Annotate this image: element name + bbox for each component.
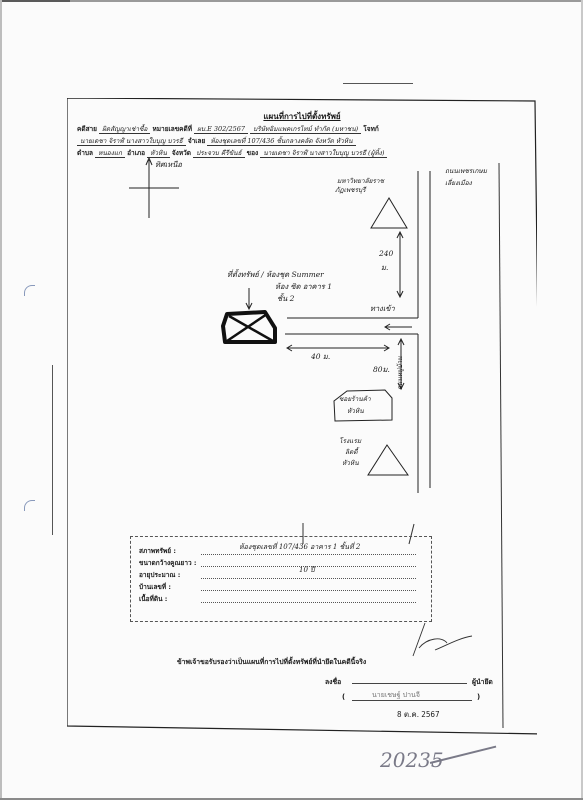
stray-mark — [343, 83, 413, 84]
scan-edge — [0, 0, 583, 2]
sign-date: 8 ต.ค. 2567 — [397, 708, 440, 721]
landmark-bottom-line2: ลิตตี้ — [345, 449, 357, 456]
address-value: ห้องชุดเลขที่ 107/436 ชั้นกลางคลัด จังหว… — [207, 137, 355, 146]
north-label: ทิศเหนือ — [155, 161, 182, 170]
age-label: อายุประมาณ : — [139, 570, 180, 580]
landmark-top-line1: มหาวิทยาลัยราช — [337, 178, 384, 185]
binder-hook-icon — [24, 500, 35, 511]
plaintiff-value: บริษัทอิมแพคเกรไทม์ ทำกัด (มหาชน) — [250, 125, 361, 134]
case-label: คดีสาย — [77, 125, 97, 133]
defendant-label: จำเลย — [188, 137, 205, 145]
land-area-line — [201, 594, 416, 603]
form-title: แผนที่การไปที่ตั้งทรัพย์ — [67, 110, 537, 123]
defendant-value: นายเดชา จิราฬ์ นางสาวใบบุญ บวรธี — [77, 137, 186, 146]
target-label-line3: ชั้น 2 — [277, 295, 294, 304]
subdistrict-label: ตำบล — [77, 149, 93, 157]
distance-bottom: 80ม. — [373, 366, 390, 375]
role-label: ผู้นำยึด — [472, 676, 493, 687]
road-label-right-line2: เลี่ยงเมือง — [445, 180, 472, 187]
entrance-label: ทางเข้า — [370, 305, 395, 314]
subdistrict-value: หนองแก — [95, 149, 125, 158]
owner-label: ของ — [247, 149, 259, 157]
land-area-label: เนื้อที่ดิน : — [139, 594, 167, 604]
name-open-paren: ( — [342, 693, 345, 701]
target-label-line1: ที่ตั้งทรัพย์ / ห้องชุด Summer — [227, 271, 324, 280]
house-no-line — [201, 582, 416, 591]
name-close-paren: ) — [477, 693, 480, 701]
scan-edge — [0, 0, 70, 2]
header-row-case: คดีสาย ผิดสัญญาเช่าซื้อ หมายเลขคดีที่ ผบ… — [77, 124, 379, 134]
province-value: ประจวบ คีรีขันธ์ — [193, 149, 244, 158]
age-value: 10 ปี — [299, 565, 315, 576]
form-drawing — [67, 98, 537, 738]
district-value: หัวหิน — [147, 149, 170, 158]
target-label-line2: ห้อง ซิด อาคาร 1 — [275, 283, 332, 292]
landmark-bottom-line1: โรงแรม — [339, 438, 361, 445]
district-label: อำเภอ — [127, 149, 145, 157]
distance-top: 240 — [379, 250, 393, 259]
landmark-bottom-line3: หัวหิน — [342, 460, 359, 467]
landmark-box-line1: ซอยร้านค้า — [339, 396, 371, 403]
house-no-label: บ้านเลขที่ : — [139, 582, 171, 592]
road-label-vertical: ถนนหมู่บ้าน — [397, 356, 404, 390]
plaintiff-label: โจทก์ — [363, 125, 379, 133]
landmark-box-line2: หัวหิน — [347, 408, 364, 415]
province-label: จังหวัด — [172, 149, 191, 157]
property-type-value: ห้องชุดเลขที่ 107/436 อาคาร 1 ชั้นที่ 2 — [239, 542, 360, 553]
landmark-top-line2: ภัฏเพชรบุรี — [335, 187, 366, 194]
road-label-right-line1: ถนนเพชรเกษม — [445, 168, 487, 175]
property-type-label: สภาพทรัพย์ : — [139, 546, 176, 556]
certification-statement: ข้าพเจ้าขอรับรองว่าเป็นแผนที่การไปที่ตั้… — [177, 656, 366, 667]
owner-value: นายเดชา จิราฬ์ นางสาวใบบุญ บวรธี (ผู้ทิ้… — [260, 149, 387, 158]
scan-edge — [0, 0, 2, 800]
size-label: ขนาดกว้างคูณยาว : — [139, 558, 197, 568]
black-case-label: หมายเลขคดีที่ — [152, 125, 192, 133]
property-details-box: สภาพทรัพย์ : ห้องชุดเลขที่ 107/436 อาคาร… — [130, 536, 432, 622]
case-value: ผิดสัญญาเช่าซื้อ — [99, 125, 150, 134]
header-row-defendant: นายเดชา จิราฬ์ นางสาวใบบุญ บวรธี จำเลย ห… — [77, 136, 356, 146]
binder-hook-icon — [24, 285, 35, 296]
distance-left: 40 ม. — [311, 353, 330, 362]
property-map-form: แผนที่การไปที่ตั้งทรัพย์ คดีสาย ผิดสัญญา… — [67, 98, 537, 733]
black-case-value: ผบ.E 302/2567 — [194, 125, 248, 134]
distance-top-unit: ม. — [381, 264, 388, 273]
signer-name: นายเชษฐ์ ปานจี — [372, 690, 420, 701]
header-row-location: ตำบล หนองแก อำเภอ หัวหิน จังหวัด ประจวบ … — [77, 148, 387, 158]
binder-mark — [52, 365, 53, 535]
signature-line — [352, 675, 467, 684]
sign-label: ลงชื่อ — [325, 676, 341, 687]
